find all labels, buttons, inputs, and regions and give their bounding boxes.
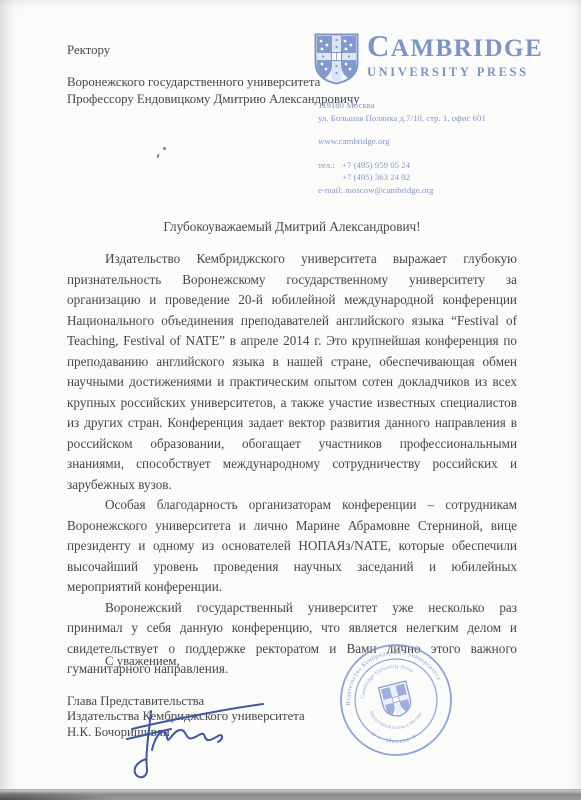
- contact-street: ул. Большая Полянка д.7/10, стр. 1, офис…: [318, 112, 486, 125]
- phone-number-2: +7 (495) 363 24 92: [342, 172, 410, 182]
- contact-website: www.cambridge.org: [318, 135, 486, 148]
- cambridge-logo: CAMBRIDGE UNIVERSITY PRESS: [314, 33, 543, 85]
- cambridge-wordmark: CAMBRIDGE UNIVERSITY PRESS: [367, 33, 543, 80]
- cambridge-shield-icon: [314, 33, 359, 85]
- contact-postal: 119180 Москва: [318, 99, 486, 112]
- contact-block: 119180 Москва ул. Большая Полянка д.7/10…: [318, 99, 486, 196]
- email-line: e-mail: moscow@cambridge.org: [318, 184, 486, 197]
- ink-speck: [163, 147, 166, 150]
- phone-number-1: +7 (495) 959 05 24: [342, 160, 410, 170]
- recipient-line: Профессору Ендовицкому Дмитрию Александр…: [67, 91, 360, 108]
- scanned-letter-page: Ректору Воронежского государственного ун…: [0, 0, 581, 800]
- phone-label: тел.:: [318, 159, 342, 184]
- ink-speck: [156, 154, 160, 158]
- scan-corner-shadow: [0, 791, 120, 800]
- stamp-shield-icon: [379, 681, 414, 719]
- letter-body: Глубокоуважаемый Дмитрий Александрович! …: [67, 219, 517, 680]
- paragraph-1: Издательство Кембриджского университета …: [67, 249, 517, 495]
- paragraph-2: Особая благодарность организаторам конфе…: [67, 495, 517, 598]
- logo-title: CAMBRIDGE: [367, 33, 543, 62]
- closing-regards: С уважением,: [105, 654, 305, 670]
- salutation: Глубокоуважаемый Дмитрий Александрович!: [67, 219, 517, 235]
- handwritten-signature: [105, 693, 285, 788]
- logo-subtitle: UNIVERSITY PRESS: [367, 65, 543, 80]
